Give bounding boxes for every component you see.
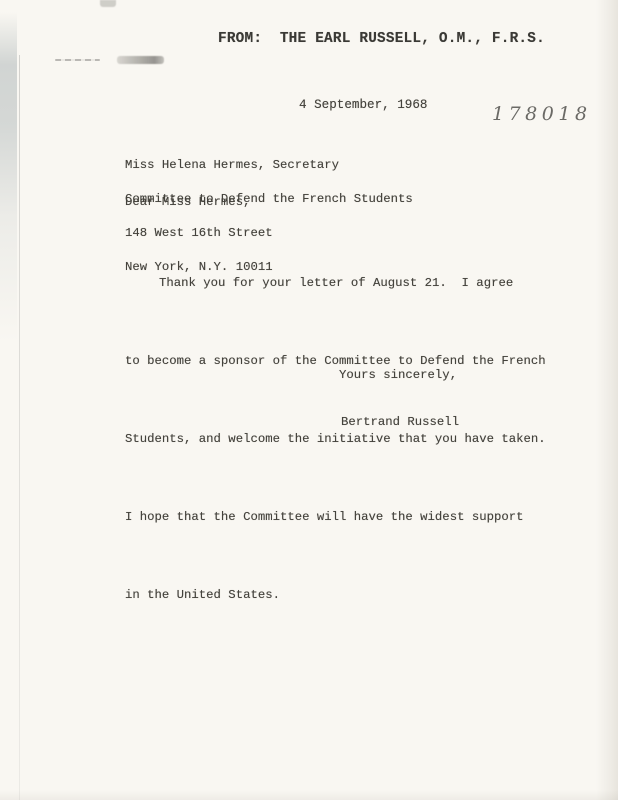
body-line: I hope that the Committee will have the … (125, 504, 546, 530)
body-line: to become a sponsor of the Committee to … (125, 348, 546, 374)
smudge-mark (100, 0, 116, 7)
closing-text: Yours sincerely, (339, 368, 457, 382)
page-bottom-edge-shadow (0, 790, 618, 800)
body-line: Thank you for your letter of August 21. … (125, 270, 546, 296)
body-line: Students, and welcome the initiative tha… (125, 426, 546, 452)
address-line: Miss Helena Hermes, Secretary (125, 160, 413, 171)
letterhead-text: FROM: THE EARL RUSSELL, O.M., F.R.S. (218, 31, 545, 47)
scan-top-edge-line (0, 0, 618, 3)
signature-text: Bertrand Russell (341, 415, 459, 429)
archive-stamp-number: 178018 (492, 103, 592, 125)
letter-body: Thank you for your letter of August 21. … (125, 218, 546, 660)
page-left-edge-line (19, 55, 20, 800)
page-right-edge-shadow (596, 0, 618, 800)
body-line: in the United States. (125, 582, 546, 608)
smudge-mark (55, 59, 100, 61)
salutation-text: Dear Miss Hermes, (125, 195, 250, 209)
date-text: 4 September, 1968 (299, 98, 427, 112)
smudge-mark (117, 56, 164, 64)
scanner-left-strip (0, 12, 17, 342)
letter-scan-page: FROM: THE EARL RUSSELL, O.M., F.R.S. 4 S… (0, 0, 618, 800)
